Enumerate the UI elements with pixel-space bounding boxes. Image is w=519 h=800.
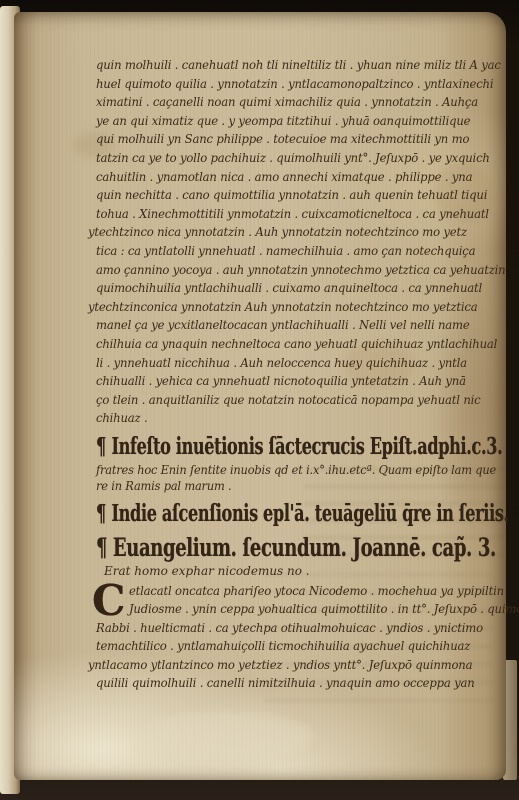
pilcrow-icon: ¶ bbox=[96, 500, 106, 527]
manuscript-line: quilili quimolhuili . canelli nimitzilhu… bbox=[96, 674, 461, 692]
manuscript-line: yntlacamo ytlantzinco mo yetztiez . yndi… bbox=[88, 656, 460, 674]
rubric-line: fratres hoc Enin ſentite inuobis qd et i… bbox=[96, 462, 468, 479]
pilcrow-icon: ¶ bbox=[96, 533, 107, 562]
manuscript-line: ço tlein . anquitlaniliz que notatzin no… bbox=[96, 391, 461, 410]
manuscript-line: ye an qui ximatiz que . y yeompa titztih… bbox=[96, 112, 461, 131]
rubric-line: re in Ramis pal marum . bbox=[96, 478, 468, 495]
manuscript-line: li . ynnehuatl nicchihua . Auh neloccenc… bbox=[96, 354, 461, 373]
manuscript-line: tica : ca yntlatolli ynnehuatl . namechi… bbox=[96, 242, 461, 261]
manuscript-line: chilhuia ca ynaquin nechneltoca cano yeh… bbox=[96, 335, 461, 354]
paper-stain bbox=[134, 712, 314, 762]
text-block: quin molhuili . canehuatl noh tli ninelt… bbox=[96, 56, 488, 692]
manuscript-line: quimochihuilia yntlachihualli . cuixamo … bbox=[96, 279, 461, 298]
manuscript-line: amo çannino yocoya . auh ynnotatzin ynno… bbox=[96, 261, 461, 280]
latin-incipit: Erat homo exphar nicodemus no . bbox=[104, 563, 488, 579]
heading-ascensionis: ¶Indie aſcenſionis epl'ā. teuāgeliū q̄re… bbox=[96, 499, 370, 529]
manuscript-line: qui molhuili yn Sanc philippe . totecuio… bbox=[96, 130, 461, 149]
manuscript-line: etlacatl oncatca phariſeo ytoca Nicodemo… bbox=[96, 582, 461, 600]
pilcrow-icon: ¶ bbox=[96, 433, 106, 460]
manuscript-line: tatzin ca ye to yollo pachihuiz . quimol… bbox=[96, 149, 461, 168]
heading-text: Euangelium. ſecundum. Joannē. cap̃. 3. bbox=[113, 533, 496, 562]
manuscript-line: cahuitlin . ynamotlan nica . amo annechi… bbox=[96, 168, 461, 187]
manuscript-line: temachtilico . yntlamahuiçolli ticmochih… bbox=[96, 637, 461, 655]
heading-text: Indie aſcenſionis epl'ā. teuāgeliū q̄re … bbox=[111, 500, 508, 527]
manuscript-line: tohua . Xinechmottitili ynmotatzin . cui… bbox=[96, 205, 461, 224]
manuscript-line: ytechtzinconica ynnotatzin Auh ynnotatzi… bbox=[88, 298, 460, 317]
manuscript-line: quin molhuili . canehuatl noh tli ninelt… bbox=[96, 56, 461, 75]
heading-text: Infeſto inuētionis ſāctecrucis Epiſt.adp… bbox=[111, 433, 502, 460]
manuscript-line: quin nechitta . cano quimottilia ynnotat… bbox=[96, 186, 461, 205]
manuscript-line: chihualli . yehica ca ynnehuatl nicnotoq… bbox=[96, 372, 461, 391]
manuscript-line: Judiosme . ynin ceppa yohualtica quimott… bbox=[96, 600, 461, 618]
manuscript-line: ytechtzinco nica ynnotatzin . Auh ynnota… bbox=[88, 223, 460, 242]
manuscript-photo: { "document": { "kind": "manuscript-page… bbox=[0, 0, 519, 800]
paragraph-nahuatl-1: quin molhuili . canehuatl noh tli ninelt… bbox=[96, 56, 488, 428]
heading-inventio-sanctae-crucis: ¶Infeſto inuētionis ſāctecrucis Epiſt.ad… bbox=[96, 432, 370, 462]
paragraph-nahuatl-2: C etlacatl oncatca phariſeo ytoca Nicode… bbox=[96, 582, 488, 692]
manuscript-line: chihuaz . bbox=[96, 409, 461, 428]
manuscript-line: manel ça ye ycxitlaneltocacan yntlachihu… bbox=[96, 316, 461, 335]
manuscript-line: huel quimoto quilia . ynnotatzin . yntla… bbox=[96, 75, 461, 94]
heading-evangelium-joannem: ¶Euangelium. ſecundum. Joannē. cap̃. 3. bbox=[96, 533, 378, 563]
manuscript-line: Rabbi . huelticmati . ca ytechpa otihual… bbox=[96, 619, 461, 637]
manuscript-line: ximatini . caçanelli noan quimi ximachil… bbox=[96, 93, 461, 112]
